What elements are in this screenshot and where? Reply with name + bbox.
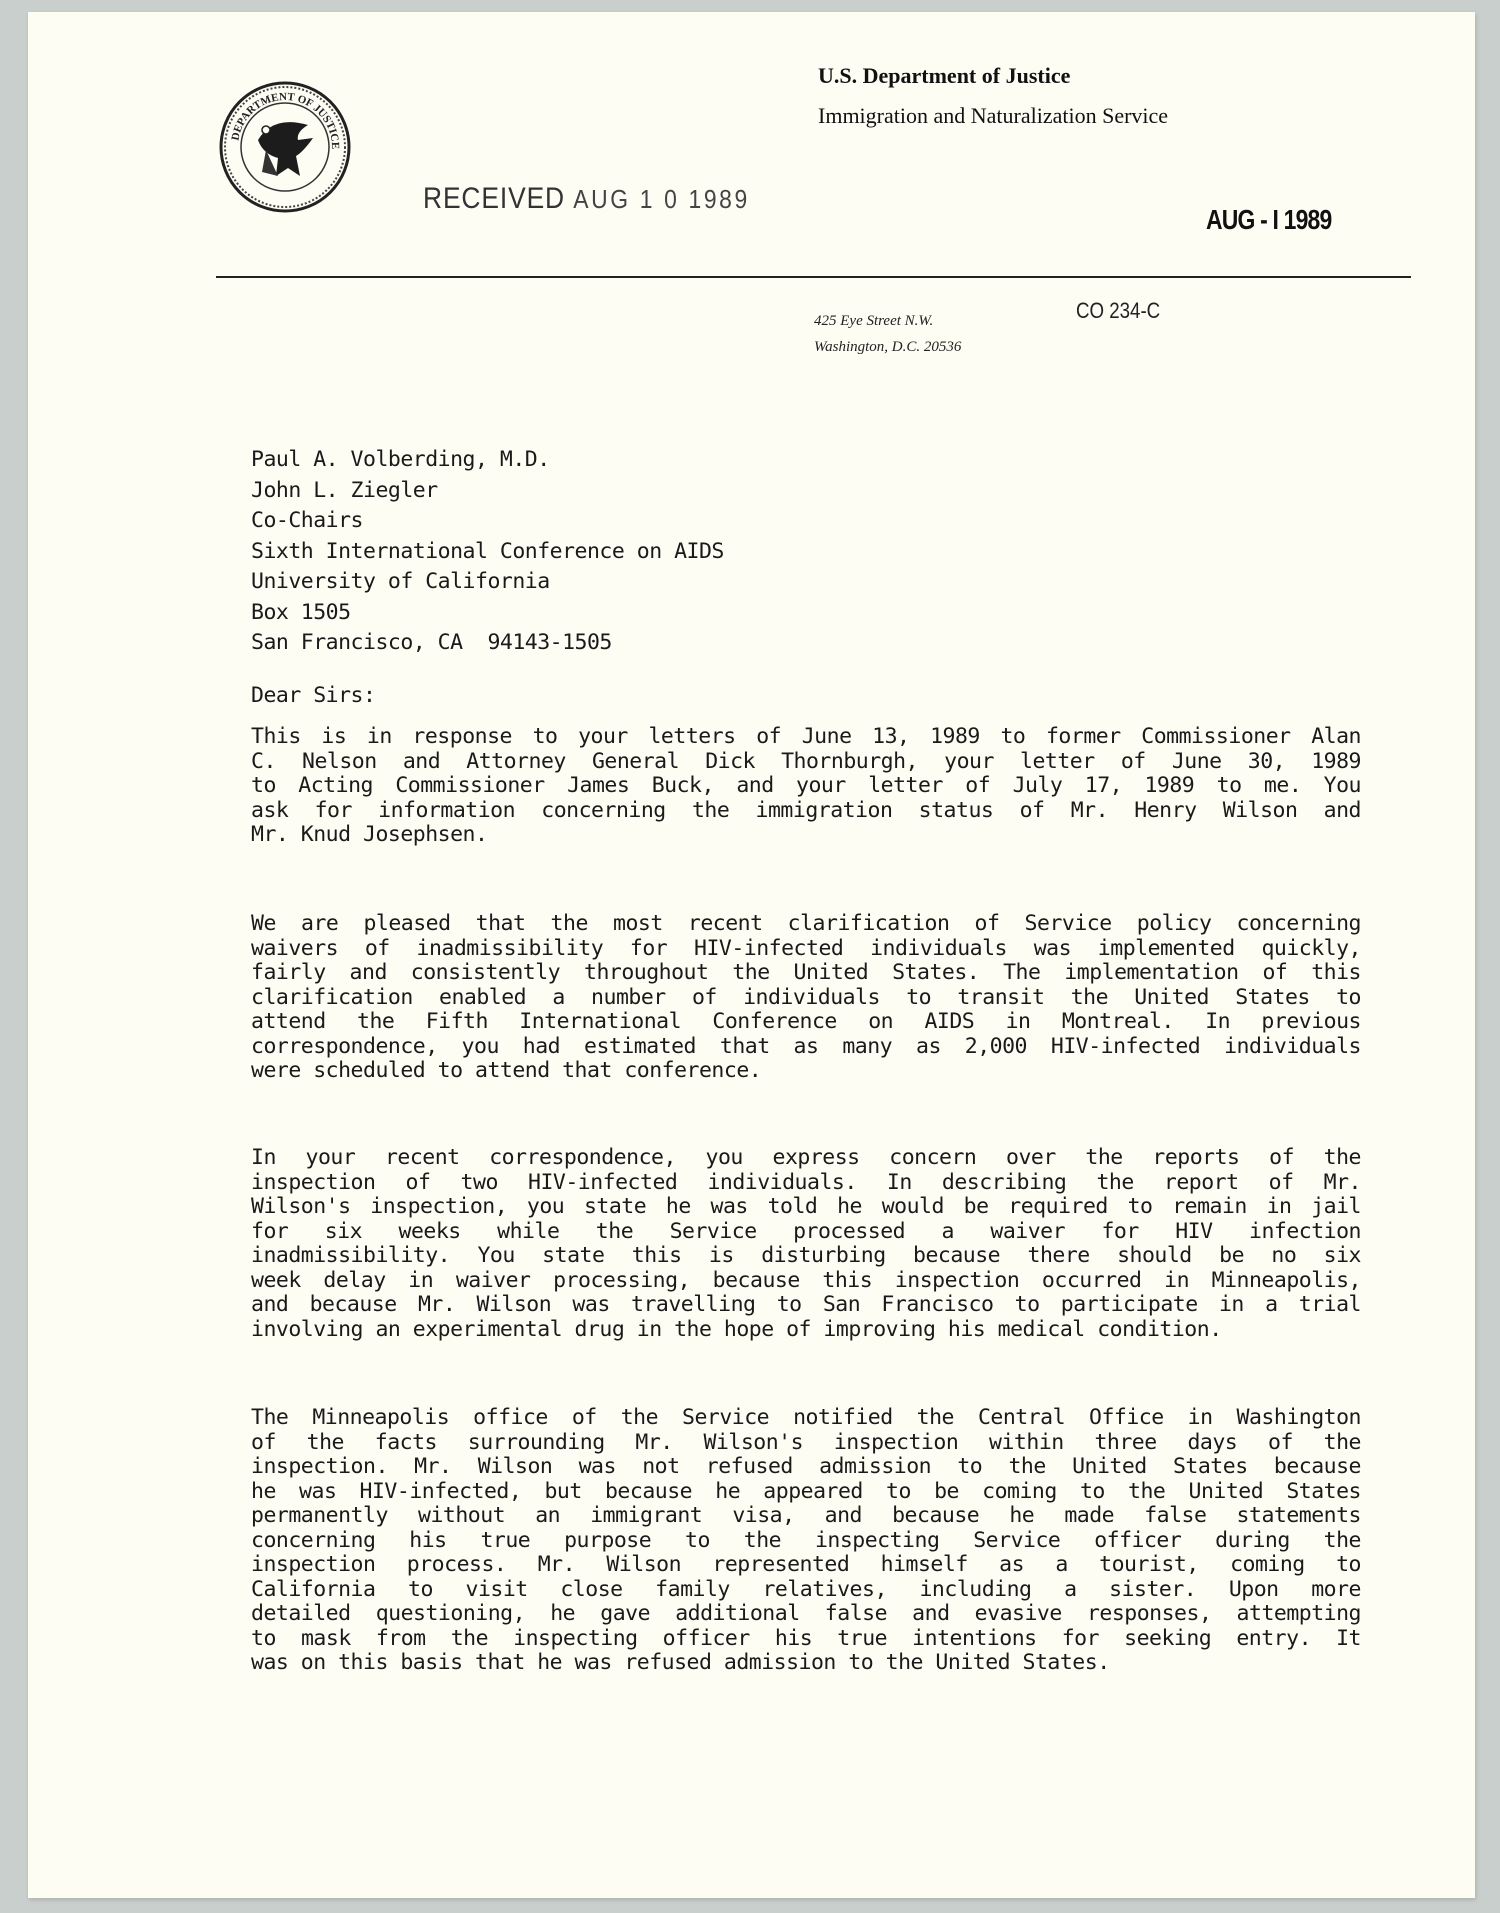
letterhead-divider — [216, 276, 1411, 278]
received-stamp: RECEIVED AUG 1 0 1989 — [423, 182, 750, 216]
body-line: inadmissibility. You state this is distu… — [251, 1244, 1361, 1269]
body-line: was on this basis that he was refused ad… — [251, 1651, 1361, 1676]
body-line: detailed questioning, he gave additional… — [251, 1602, 1361, 1627]
body-line: In your recent correspondence, you expre… — [251, 1146, 1361, 1171]
body-line: This is in response to your letters of J… — [251, 725, 1361, 750]
return-address: 425 Eye Street N.W. Washington, D.C. 205… — [814, 308, 961, 360]
return-city: Washington, D.C. 20536 — [814, 334, 961, 360]
body-line: inspection. Mr. Wilson was not refused a… — [251, 1455, 1361, 1480]
recipient-line: University of California — [251, 567, 724, 598]
body-line: inspection of two HIV-infected individua… — [251, 1171, 1361, 1196]
recipient-address: Paul A. Volberding, M.D. John L. Ziegler… — [251, 445, 724, 659]
letter-page: DEPARTMENT OF JUSTICE U.S. Department of… — [28, 12, 1475, 1898]
body-line: week delay in waiver processing, because… — [251, 1269, 1361, 1294]
body-line: Mr. Knud Josephsen. — [251, 823, 1361, 848]
service-name: Immigration and Naturalization Service — [818, 102, 1168, 130]
body-line: Wilson's inspection, you state he was to… — [251, 1195, 1361, 1220]
letter-date-stamp: AUG - I 1989 — [1206, 204, 1331, 236]
body-line: to mask from the inspecting officer his … — [251, 1627, 1361, 1652]
body-line: clarification enabled a number of indivi… — [251, 986, 1361, 1011]
doj-seal-icon: DEPARTMENT OF JUSTICE — [218, 80, 352, 214]
paragraph-4: The Minneapolis office of the Service no… — [251, 1406, 1361, 1676]
body-line: California to visit close family relativ… — [251, 1578, 1361, 1603]
paragraph-1: This is in response to your letters of J… — [251, 725, 1361, 848]
body-line: and because Mr. Wilson was travelling to… — [251, 1293, 1361, 1318]
body-line: correspondence, you had estimated that a… — [251, 1035, 1361, 1060]
file-number: CO 234-C — [1076, 298, 1160, 324]
received-label: RECEIVED — [423, 182, 565, 215]
body-line: concerning his true purpose to the inspe… — [251, 1529, 1361, 1554]
recipient-line: San Francisco, CA 94143-1505 — [251, 628, 724, 659]
body-line: permanently without an immigrant visa, a… — [251, 1504, 1361, 1529]
body-line: C. Nelson and Attorney General Dick Thor… — [251, 750, 1361, 775]
paragraph-2: We are pleased that the most recent clar… — [251, 912, 1361, 1084]
body-line: involving an experimental drug in the ho… — [251, 1318, 1361, 1343]
recipient-line: Sixth International Conference on AIDS — [251, 537, 724, 568]
body-line: We are pleased that the most recent clar… — [251, 912, 1361, 937]
return-street: 425 Eye Street N.W. — [814, 308, 961, 334]
letterhead: U.S. Department of Justice Immigration a… — [818, 62, 1168, 130]
body-line: to Acting Commissioner James Buck, and y… — [251, 774, 1361, 799]
paragraph-3: In your recent correspondence, you expre… — [251, 1146, 1361, 1342]
department-name: U.S. Department of Justice — [818, 62, 1168, 90]
recipient-line: Paul A. Volberding, M.D. — [251, 445, 724, 476]
body-line: of the facts surrounding Mr. Wilson's in… — [251, 1431, 1361, 1456]
body-line: The Minneapolis office of the Service no… — [251, 1406, 1361, 1431]
body-line: inspection process. Mr. Wilson represent… — [251, 1553, 1361, 1578]
body-line: waivers of inadmissibility for HIV-infec… — [251, 937, 1361, 962]
recipient-line: Box 1505 — [251, 598, 724, 629]
body-line: fairly and consistently throughout the U… — [251, 961, 1361, 986]
salutation: Dear Sirs: — [251, 681, 375, 711]
body-line: attend the Fifth International Conferenc… — [251, 1010, 1361, 1035]
body-line: ask for information concerning the immig… — [251, 799, 1361, 824]
body-line: were scheduled to attend that conference… — [251, 1059, 1361, 1084]
recipient-line: John L. Ziegler — [251, 476, 724, 507]
received-date: AUG 1 0 1989 — [573, 184, 750, 214]
recipient-line: Co-Chairs — [251, 506, 724, 537]
body-line: for six weeks while the Service processe… — [251, 1220, 1361, 1245]
body-line: he was HIV-infected, but because he appe… — [251, 1480, 1361, 1505]
